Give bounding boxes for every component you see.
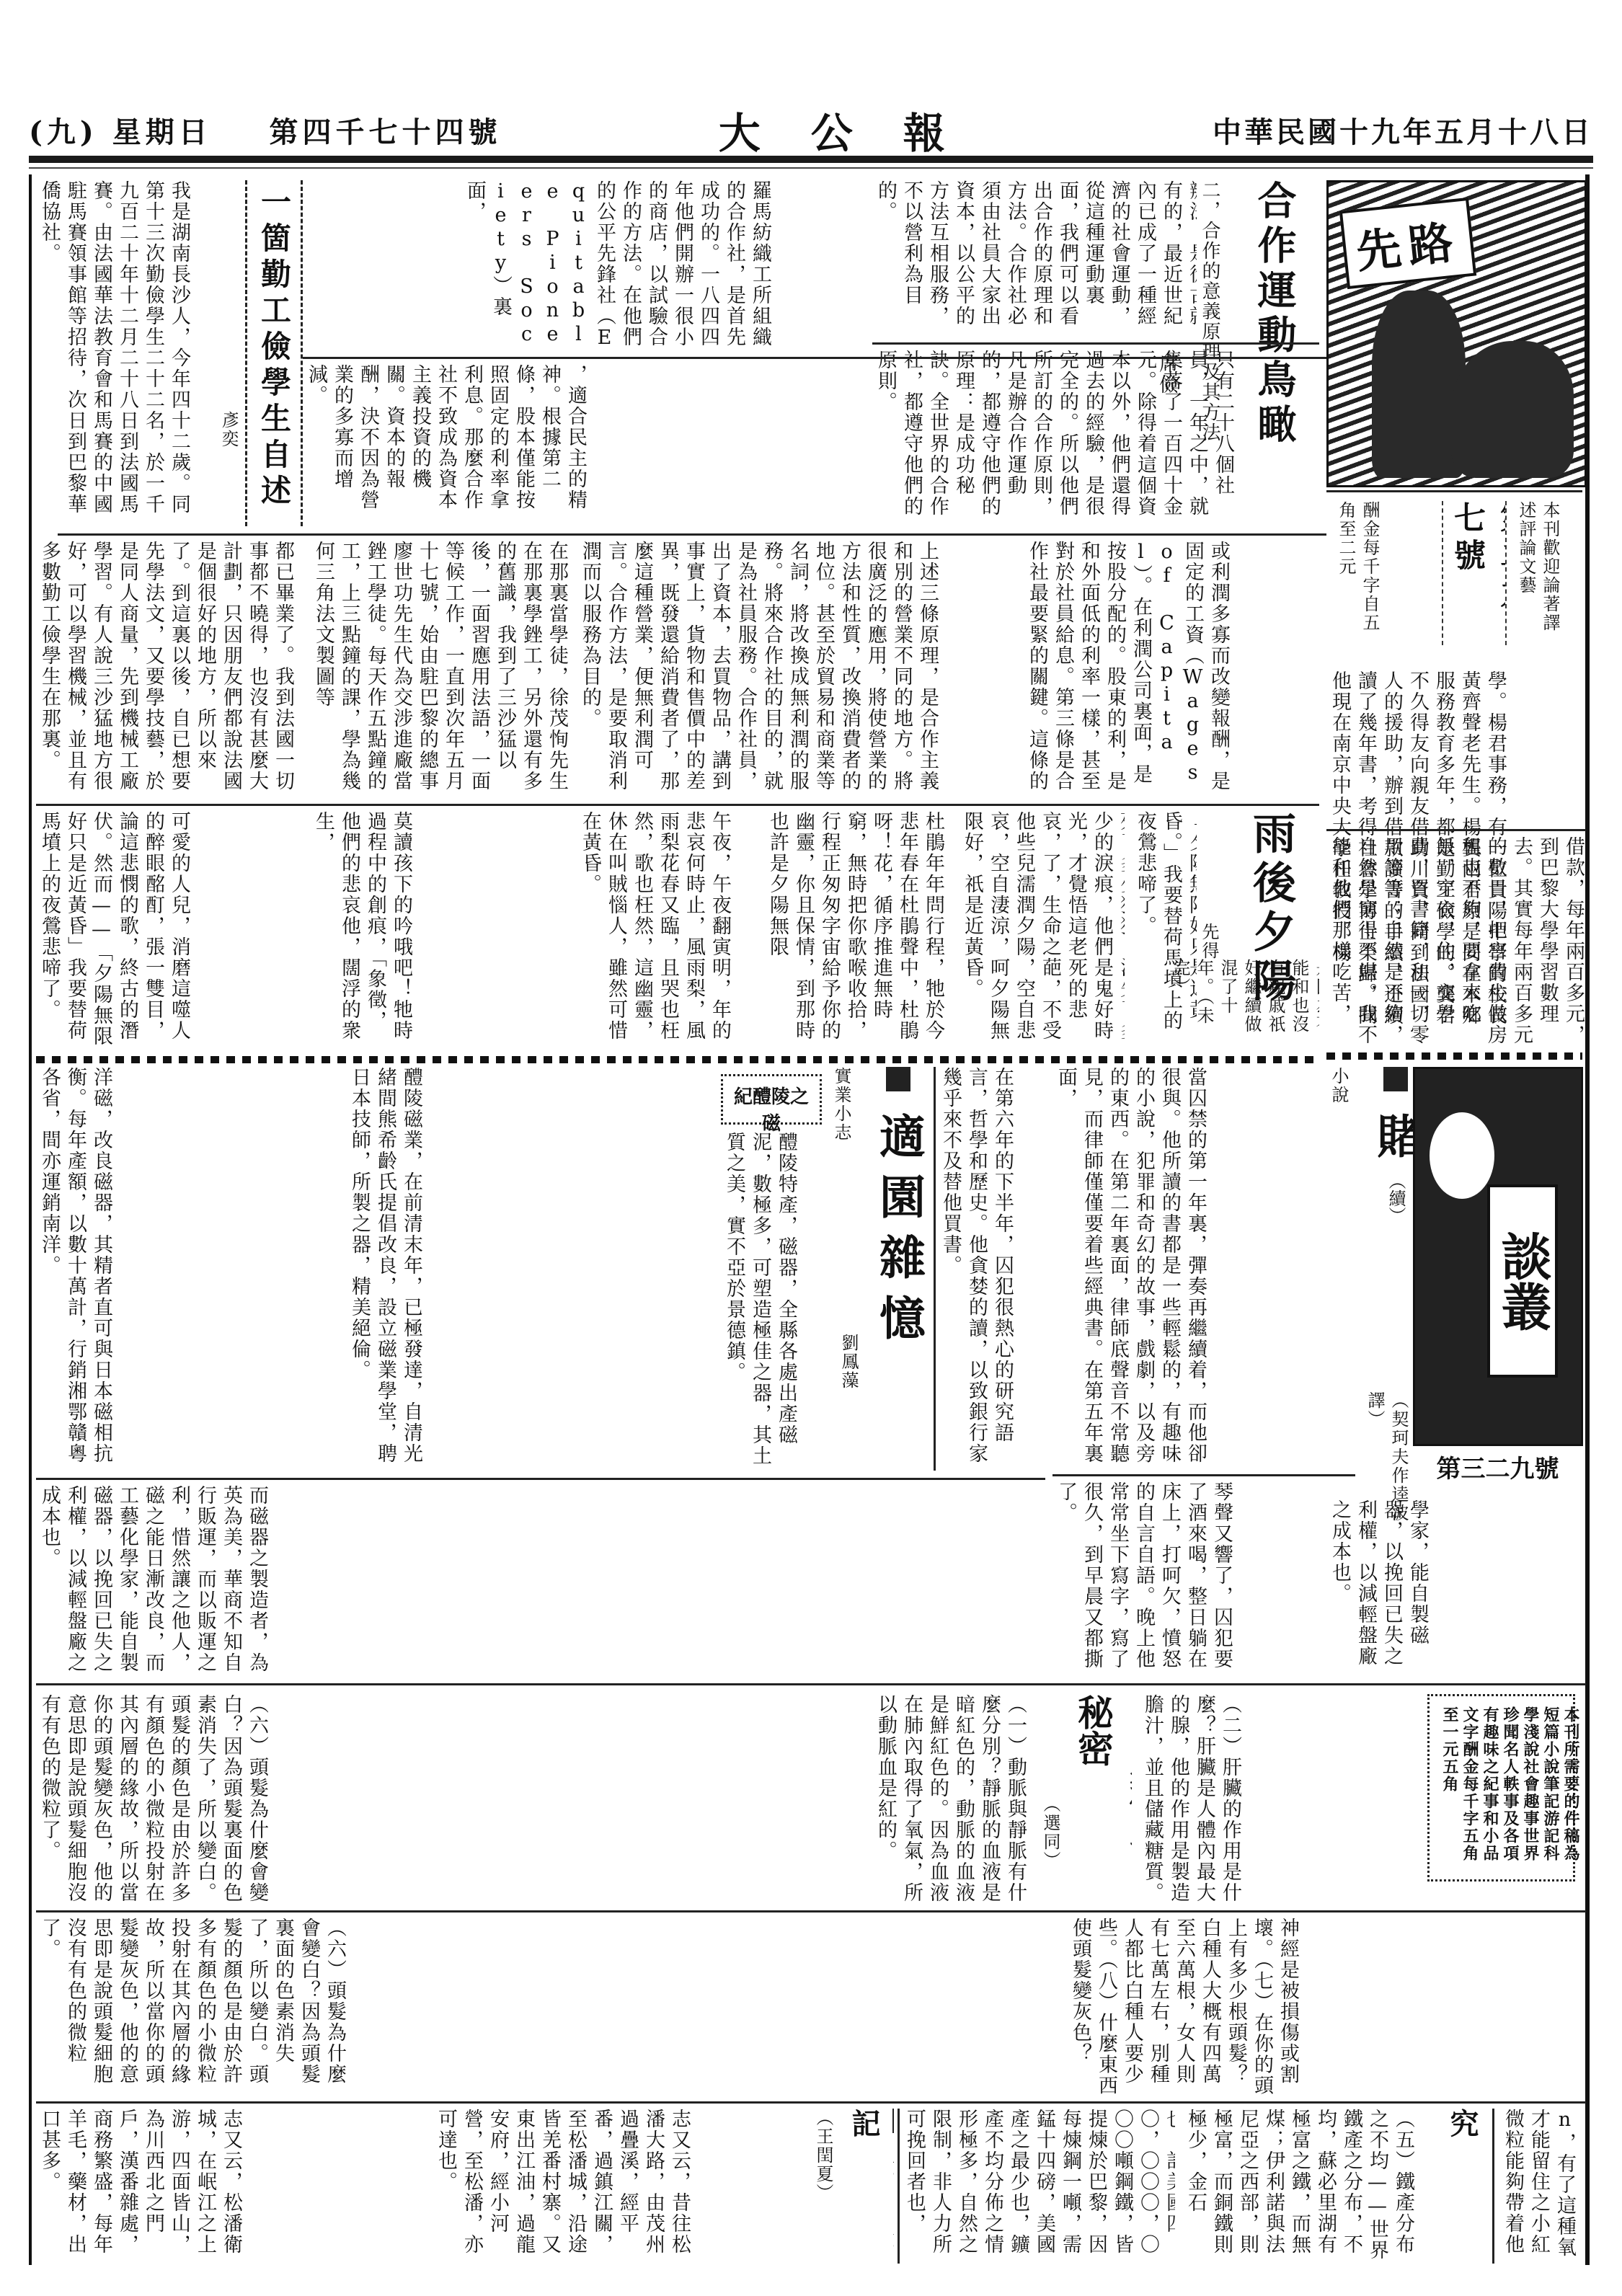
- travel-author: （王閏夏）: [811, 2109, 840, 2264]
- sunset-stanza-5: 可愛的人兒，消磨這噬人的醉眼酩酊，張一雙目，論這悲憫的歌，終古的潛伏。然而——「…: [36, 811, 303, 1049]
- divider: [1492, 2109, 1494, 2264]
- travel-title: 瀏氏游記: [843, 2109, 894, 2264]
- divider: [36, 1910, 1586, 1912]
- notice-text: 本刊歡迎論著譯述評論文藝: [1514, 501, 1561, 645]
- paragraph: 上述三條原理，是合作主義和別的營業不同的地方。將很廣泛的應用，將使營業的方法和性…: [577, 541, 940, 800]
- paragraph: 或利潤多寡而改變報酬，是固定的工資（Wages of Capital）。在利潤公…: [1024, 541, 1231, 800]
- gamble-illustration: 談叢: [1413, 1067, 1583, 1446]
- paragraph: 我是湖南長沙人，今年四十二歲。同第十三次勤儉學生二十二名，於一千九百二十年十二月…: [36, 180, 192, 526]
- divider: [58, 533, 1326, 536]
- cooperative-body-3: 羅馬紡織工所組織的合作社，是首先成功的。一八四四年他們開辦一很小的商店，以試驗合…: [461, 180, 865, 353]
- page-number: (九): [29, 115, 98, 149]
- paragraph: 只有二十八個社員，一年之中，就集落了一百四十金元。除得着這個資本以外，他們還得過…: [872, 350, 1236, 530]
- sunset-epigraph: 「夕陽無限好只是近黃昏。」我要替荷馬墳上的夜鶯悲啼了。: [1132, 811, 1197, 1049]
- article-title: 適園雜憶: [872, 1112, 926, 1355]
- paper-name: 大公報: [719, 99, 996, 160]
- gamble-issue: 第三二九號: [1417, 1449, 1579, 1492]
- cooperative-body-5: 或利潤多寡而改變報酬，是固定的工資（Wages of Capital）。在利潤公…: [1024, 541, 1319, 800]
- article-title: 一箇勤工儉學生自述: [252, 186, 296, 510]
- gamble-body-continued: 在第六年的下半年，囚犯很熱心的研究語言，哲學和歷史。他貪婪的讀，以致銀行家幾乎來…: [937, 1067, 1045, 1471]
- divider: [1326, 490, 1582, 492]
- horse-figure-icon: [1451, 341, 1574, 478]
- shiyuan-title: 適園雜憶: [865, 1067, 930, 1471]
- paragraph: （一）動脈與靜脈有什麼分別？靜脈的血液是暗紅色的，動脈的血液是鮮紅色的。因為血液…: [872, 1694, 1028, 1903]
- divider: [1052, 1474, 1355, 1476]
- author-name: 彥奕: [216, 411, 240, 526]
- paragraph: （二）肝臟的作用是什麼？肝臟是人體內最大的腺，他的作用是製造膽汁，並且儲藏糖質。: [1139, 1694, 1243, 1903]
- divider: [872, 342, 1319, 345]
- race-body-3: （六）頭髮為什麼會變白？因為頭髮裏面的色素消失了，所以變白。頭髮的顏色是由於許多…: [36, 1694, 865, 1903]
- submission-notice: 本刊所需要的件稿為短篇小說筆記游記科學淺說社會趣事世界珍聞名人軼事及各項有趣味之…: [1427, 1694, 1575, 1881]
- gamble-title: 賭 （續）: [1362, 1067, 1413, 1384]
- paragraph: 琴聲又響了，囚犯要了酒來喝，整日躺在床上，打呵欠，憤怒的自言自語。晚上他常常坐下…: [1052, 1481, 1234, 1676]
- paragraph: 醴陵特產，磁器，全縣各處出產磁泥，數極多，可塑造極佳之器，其土質之美，實不亞於景…: [721, 1132, 799, 1471]
- worker-student-body-2: 都已畢業了。我到法國一切事都不曉得，也沒有甚麼大計劃，只因朋友們都說法國是個很好…: [36, 541, 303, 800]
- paragraph: 志又云，松潘衛城，在岷江之上游，四面皆山，為川西北之門戶，漢番雜處，商務繁盛，每…: [36, 2109, 244, 2264]
- poem-stanza: 可愛的人兒，是誰甘蹂躪於生命春，生命的末途，死了多少猖狂，消失了多少的淚痕，他們…: [959, 811, 1125, 1049]
- gamble-body-2: 琴聲又響了，囚犯要了酒來喝，整日躺在床上，打呵欠，憤怒的自言自語。晚上他常常坐下…: [1052, 1481, 1355, 1676]
- continued-label: （續）: [1386, 1172, 1406, 1224]
- sunset-stanza-1: 可愛的人兒，是誰甘蹂躪於生命春，生命的末途，死了多少猖狂，消失了多少的淚痕，他們…: [959, 811, 1125, 1049]
- divider: [934, 1067, 936, 1471]
- poem-stanza: 杜鵑年年問行程，牠於今悲年春在杜鵑聲中，杜鵑呀！花，循序推進無時窮，無時把你歌喉…: [764, 811, 946, 1049]
- supplement-logo: 先路: [1339, 198, 1476, 289]
- paragraph: 洋磁，改良磁器，其精者直可與日本磁相抗衡。每年產額，以數十萬計，行銷湘鄂贛粵各省…: [36, 1067, 114, 1471]
- cooperative-body-1: 凡是和別人合做一件事體，可以多得些好的成績。這種合作的辦法，是從古就有的，最近世…: [872, 180, 1197, 339]
- section-marker-icon: [886, 1067, 910, 1091]
- sunset-stanza-2: 杜鵑年年問行程，牠於今悲年春在杜鵑聲中，杜鵑呀！花，循序推進無時窮，無時把你歌喉…: [764, 811, 952, 1049]
- fee-text: 酬金每千字自五角至二元: [1334, 501, 1381, 645]
- masthead-rule-thin: [29, 167, 1593, 169]
- supplement-notice: 本刊歡迎論著譯述評論文藝: [1514, 501, 1579, 645]
- poem-stanza: 午夜，午夜翻寅明，年的悲哀何時止，風雨梨，風雨梨花春又臨，且哭也枉然，歌也枉然，…: [577, 811, 732, 1049]
- section-marker-icon: [1383, 1067, 1408, 1091]
- paragraph: 在第六年的下半年，囚犯很熱心的研究語言，哲學和歷史。他貪婪的讀，以致銀行家幾乎來…: [937, 1067, 1015, 1471]
- poem-stanza: 莫讀孩下的吟哦吧！牠時過程中的創痕，「象徵，他們的悲哀他，闊浮的衆生，: [310, 811, 414, 1049]
- paragraph: 當囚禁的第一年裏，彈奏再繼續着，而他卻很與。他所讀的書都是一些輕鬆的，有趣味的小…: [1052, 1067, 1208, 1471]
- poem-stanza: 可愛的人兒，消磨這噬人的醉眼酩酊，張一雙目，論這悲憫的歌，終古的潛伏。然而——「…: [36, 811, 192, 1049]
- article-title: 瀏氏游記: [847, 2109, 894, 2262]
- issue-number: 第四千七十四號: [270, 115, 502, 149]
- sunset-stanza-4: 莫讀孩下的吟哦吧！牠時過程中的創痕，「象徵，他們的悲哀他，闊浮的衆生，: [310, 811, 570, 1049]
- author-name: （王閏夏）: [811, 2109, 835, 2264]
- paragraph: 羅馬紡織工所組織的合作社，是首先成功的。一八四四年他們開辦一很小的商店，以試驗合…: [461, 180, 773, 353]
- series-label: 小說: [1326, 1067, 1350, 1312]
- newspaper-page: (九) 星期日 第四千七十四號 大公報 中華民國十九年五月十八日 先路 本刊歡迎…: [29, 108, 1593, 2271]
- mineral-body-1: （五）鐵產分布之不均——世界鐵產之分布，不均，蘇必里湖有極富之鐵，而無煤；伊利諾…: [1182, 2109, 1438, 2264]
- shiyuan-body-3: 洋磁，改良磁器，其精者直可與日本磁相抗衡。每年產額，以數十萬計，行銷湘鄂贛粵各省…: [36, 1067, 339, 1471]
- author-name: 先得: [1197, 923, 1220, 1045]
- race-body-5: 別部，他的紅色乃由於的作用，叫做Hemoglobin，有了這種氧才能留住之小紅微…: [1499, 2109, 1582, 2264]
- shiyuan-subtitle: 紀醴陵之磁: [721, 1074, 822, 1125]
- worker-student-author: 彥奕: [216, 411, 245, 526]
- sunset-title: 雨後夕陽: [1240, 811, 1319, 1049]
- section-label: 實業小志: [829, 1067, 853, 1326]
- divider: [303, 357, 1326, 359]
- divider: [36, 2101, 1586, 2104]
- race-body-2: （二）肝臟的作用是什麼？肝臟是人體內最大的腺，他的作用是製造膽汁，並且儲藏糖質。: [1139, 1694, 1420, 1903]
- masthead-left: (九) 星期日 第四千七十四號: [29, 110, 502, 151]
- shiyuan-author: 劉鳳藻: [836, 1334, 865, 1463]
- shiyuan-body-1: 醴陵特產，磁器，全縣各處出產磁泥，數極多，可塑造極佳之器，其土質之美，實不亞於景…: [721, 1132, 829, 1471]
- divider: [1326, 829, 1586, 831]
- race-title: 人種上的秘密: [1067, 1694, 1132, 1903]
- paragraph: 凡是和別人合做一件事體，可以多得些好的成績。這種合作的辦法，是從古就有的，最近世…: [872, 180, 1197, 339]
- paragraph: 而磁器之製造者，為英為美，華商不知自行販運，而以販運之利，惜然讓之他人，磁之能日…: [36, 1485, 270, 1680]
- paragraph: 都已畢業了。我到法國一切事都不曉得，也沒有甚麼大計劃，只因朋友們都說法國是個很好…: [36, 541, 296, 800]
- gamble-body-1: 當囚禁的第一年裏，彈奏再繼續着，而他卻很與。他所讀的書都是一些輕鬆的，有趣味的小…: [1052, 1067, 1326, 1471]
- mineral-body-2: 馬來，而巴西之錳鑛，則不能移也，計美國四〇，〇〇〇，〇〇〇噸鋼鐵，皆提煉於巴黎，…: [901, 2109, 1175, 2264]
- paragraph: 我在學徒都畢業後，不得到國內親友們衆人抬借款，每年兩百多元，到巴黎大學學習數理去…: [1326, 836, 1586, 1045]
- paragraph: 在那裏當學徒，徐茂恂先生在那裏學銼工，另外還有多的舊識，我到了三沙猛以後，一面習…: [310, 541, 570, 800]
- cooperative-body-4: ，適合民主的精神。根據第二條，股本僅能按照固定的利率拿利息。那麼合作社不致成為資…: [303, 364, 865, 530]
- article-title: 礦物研究: [1445, 2109, 1489, 2240]
- notice-text: 本刊所需要的件稿為短篇小說筆記游記科學淺說社會趣事世界珍聞名人軼事及各項有趣味之…: [1440, 1706, 1581, 1869]
- issue-label: 第二九七號: [1443, 501, 1507, 645]
- shiyuan-section: 實業小志: [829, 1067, 861, 1326]
- worker-student-body-1: 我是湖南長沙人，今年四十二歲。同第十三次勤儉學生二十二名，於一千九百二十年十二月…: [36, 180, 216, 526]
- race-author: （選同）: [1038, 1795, 1067, 1903]
- race-body-4: 神經是被損傷或割壞。（七）在你的頭上有多少根頭髮？白種人大概有四萬至六萬根，女人…: [1067, 1918, 1586, 2098]
- travel-body-2: 志又云，松潘衛城，在岷江之上游，四面皆山，為川西北之門戶，漢番雜處，商務繁盛，每…: [36, 2109, 425, 2264]
- divider: [36, 1683, 1586, 1685]
- author-name: 劉鳳藻: [836, 1334, 860, 1463]
- publication-date: 中華民國十九年五月十八日: [1213, 110, 1593, 151]
- worker-student-body-3: 在那裏當學徒，徐茂恂先生在那裏學銼工，另外還有多的舊識，我到了三沙猛以後，一面習…: [310, 541, 570, 800]
- race-body-3b: （六）頭髮為什麼會變白？因為頭髮裏面的色素消失了，所以變白。頭髮的顏色是由於許多…: [36, 1918, 1060, 2098]
- supplement-issue: 第二九七號: [1442, 501, 1507, 645]
- worker-student-body-5: 我在學徒都畢業後，不得到國內親友們衆人抬借款，每年兩百多元，到巴黎大學學習數理去…: [1326, 836, 1586, 1045]
- paragraph: 志又云，昔往松潘大路，由茂州過疊溪，經平番，過鎮江關，至松潘城，沿途皆羌番村寨。…: [433, 2109, 692, 2264]
- shiyuan-body-2: 醴陵磁業，在前清末年，已極發達，自清光緒間熊希齡氏提倡改良，設立磁業學堂，聘日本…: [346, 1067, 714, 1471]
- epigraph: 「夕陽無限好只是近黃昏。」我要替荷馬墳上的夜鶯悲啼了。: [1132, 811, 1197, 1049]
- shiyuan-body-4: 而磁器之製造者，為英為美，華商不知自行販運，而以販運之利，惜然讓之他人，磁之能日…: [36, 1485, 1045, 1680]
- article-title: 雨後夕陽: [1240, 811, 1302, 1007]
- masthead: (九) 星期日 第四千七十四號 大公報 中華民國十九年五月十八日: [29, 108, 1593, 151]
- divider: [898, 2109, 900, 2264]
- column-logo: 談叢: [1487, 1184, 1558, 1378]
- paragraph: 神經是被損傷或割壞。（七）在你的頭上有多少根頭髮？白種人大概有四萬至六萬根，女人…: [1067, 1918, 1300, 2098]
- author-name: （選同）: [1038, 1795, 1062, 1903]
- paragraph: 而磁器之製造者，為英為美，華商不知自行販運，而以販運之利，惜然讓之他人，磁之能日…: [1326, 1499, 1435, 1680]
- paragraph: 馬來，而巴西之錳鑛，則不能移也，計美國四〇，〇〇〇，〇〇〇噸鋼鐵，皆提煉於巴黎，…: [901, 2109, 1175, 2264]
- diamond-divider: [1326, 1052, 1582, 1060]
- divider: [36, 1478, 1045, 1480]
- paragraph: 別部，他的紅色乃由於的作用，叫做Hemoglobin，有了這種氧才能留住之小紅微…: [1499, 2109, 1582, 2264]
- weekday: 星期日: [112, 115, 212, 149]
- mineral-title: 礦物研究: [1442, 2109, 1489, 2264]
- cooperative-body-2: 只有二十八個社員，一年之中，就集落了一百四十金元。除得着這個資本以外，他們還得過…: [872, 350, 1319, 530]
- shiyuan-body-4b: 而磁器之製造者，為英為美，華商不知自行販運，而以販運之利，惜然讓之他人，磁之能日…: [1326, 1499, 1435, 1680]
- race-body-1: （一）動脈與靜脈有什麼分別？靜脈的血液是暗紅色的，動脈的血液是鮮紅色的。因為血液…: [872, 1694, 1038, 1903]
- diamond-divider: [36, 1056, 1319, 1063]
- worker-student-title: 一箇勤工儉學生自述: [245, 180, 303, 526]
- paragraph: （五）鐵產分布之不均——世界鐵產之分布，不均，蘇必里湖有極富之鐵，而無煤；伊利諾…: [1182, 2109, 1416, 2264]
- paragraph: ，適合民主的精神。根據第二條，股本僅能按照固定的利率拿利息。那麼合作社不致成為資…: [303, 364, 588, 530]
- supplement-fee: 酬金每千字自五角至二元: [1334, 501, 1435, 645]
- article-title: 人種上的秘密: [1072, 1694, 1132, 1884]
- sunset-author: 先得: [1197, 923, 1233, 1045]
- gamble-series: 小說: [1326, 1067, 1359, 1312]
- masthead-rule: [29, 156, 1593, 163]
- pioneer-illustration: 先路: [1326, 180, 1587, 487]
- paragraph: 醴陵磁業，在前清末年，已極發達，自清光緒間熊希齡氏提倡改良，設立磁業學堂，聘日本…: [346, 1067, 424, 1471]
- divider: [36, 804, 1319, 806]
- cooperative-body-6: 上述三條原理，是合作主義和別的營業不同的地方。將很廣泛的應用，將使營業的方法和性…: [577, 541, 1016, 800]
- face-figure-icon: [1430, 1112, 1494, 1199]
- travel-body-1: 志又云，昔往松潘大路，由茂州過疊溪，經平番，過鎮江關，至松潘城，沿途皆羌番村寨。…: [433, 2109, 807, 2264]
- article-title: 賭: [1369, 1112, 1413, 1158]
- section-marker-icon: [892, 2109, 894, 2133]
- paragraph: （六）頭髮為什麼會變白？因為頭髮裏面的色素消失了，所以變白。頭髮的顏色是由於許多…: [36, 1918, 347, 2098]
- sunset-stanza-3: 午夜，午夜翻寅明，年的悲哀何時止，風雨梨，風雨梨花春又臨，且哭也枉然，歌也枉然，…: [577, 811, 757, 1049]
- paragraph: （六）頭髮為什麼會變白？因為頭髮裏面的色素消失了，所以變白。頭髮的顏色是由於許多…: [36, 1694, 270, 1903]
